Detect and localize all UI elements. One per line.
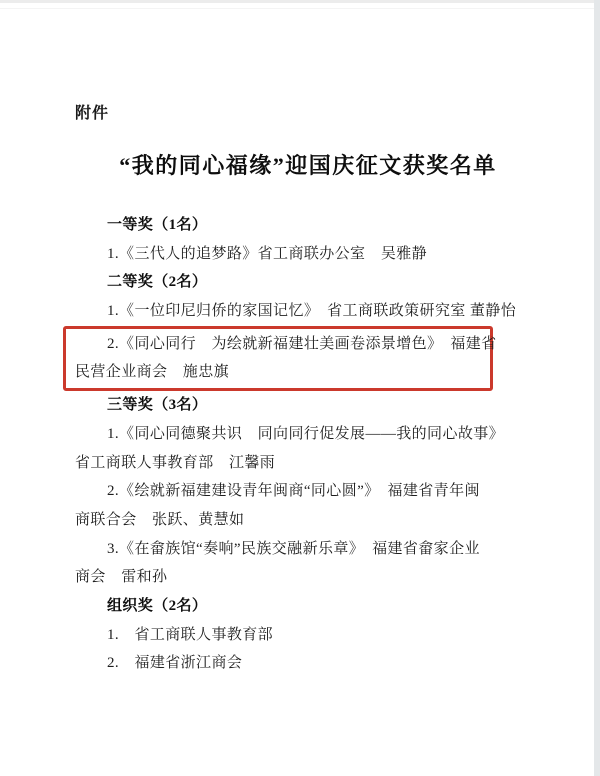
award-entry-organization-2: 2. 福建省浙江商会	[75, 649, 505, 678]
section-heading-third-prize: 三等奖（3名）	[75, 391, 505, 420]
award-entry-third-prize-1-line1: 1.《同心同德聚共识 同向同行促发展——我的同心故事》	[75, 420, 505, 449]
page-right-edge	[594, 0, 600, 776]
award-entry-second-prize-1: 1.《一位印尼归侨的家国记忆》 省工商联政策研究室 董静怡	[75, 297, 505, 326]
document-page: 附件 “我的同心福缘”迎国庆征文获奖名单 一等奖（1名） 1.《三代人的追梦路》…	[0, 0, 600, 776]
award-entry-second-prize-2-line2: 民营企业商会 施忠旗	[75, 358, 486, 387]
section-heading-organization-award: 组织奖（2名）	[75, 592, 505, 621]
page-top-edge-line	[0, 8, 600, 9]
document-title: “我的同心福缘”迎国庆征文获奖名单	[8, 150, 600, 182]
section-heading-second-prize: 二等奖（2名）	[75, 268, 505, 297]
award-entry-organization-1: 1. 省工商联人事教育部	[75, 621, 505, 650]
page-top-edge	[0, 0, 600, 3]
highlight-box: 2.《同心同行 为绘就新福建壮美画卷添景增色》 福建省 民营企业商会 施忠旗	[63, 326, 493, 391]
award-list: 一等奖（1名） 1.《三代人的追梦路》省工商联办公室 吴雅静 二等奖（2名） 1…	[75, 211, 505, 678]
award-entry-third-prize-2-line1: 2.《绘就新福建建设青年闽商“同心圆”》 福建省青年闽	[75, 477, 505, 506]
award-entry-first-prize-1: 1.《三代人的追梦路》省工商联办公室 吴雅静	[75, 240, 505, 269]
award-entry-third-prize-3-line2: 商会 雷和孙	[75, 563, 505, 592]
section-heading-first-prize: 一等奖（1名）	[75, 211, 505, 240]
award-entry-third-prize-1-line2: 省工商联人事教育部 江馨雨	[75, 449, 505, 478]
award-entry-third-prize-3-line1: 3.《在畲族馆“奏响”民族交融新乐章》 福建省畲家企业	[75, 535, 505, 564]
award-entry-second-prize-2-line1: 2.《同心同行 为绘就新福建壮美画卷添景增色》 福建省	[75, 330, 486, 359]
attachment-label: 附件	[75, 100, 109, 123]
award-entry-third-prize-2-line2: 商联合会 张跃、黄慧如	[75, 506, 505, 535]
